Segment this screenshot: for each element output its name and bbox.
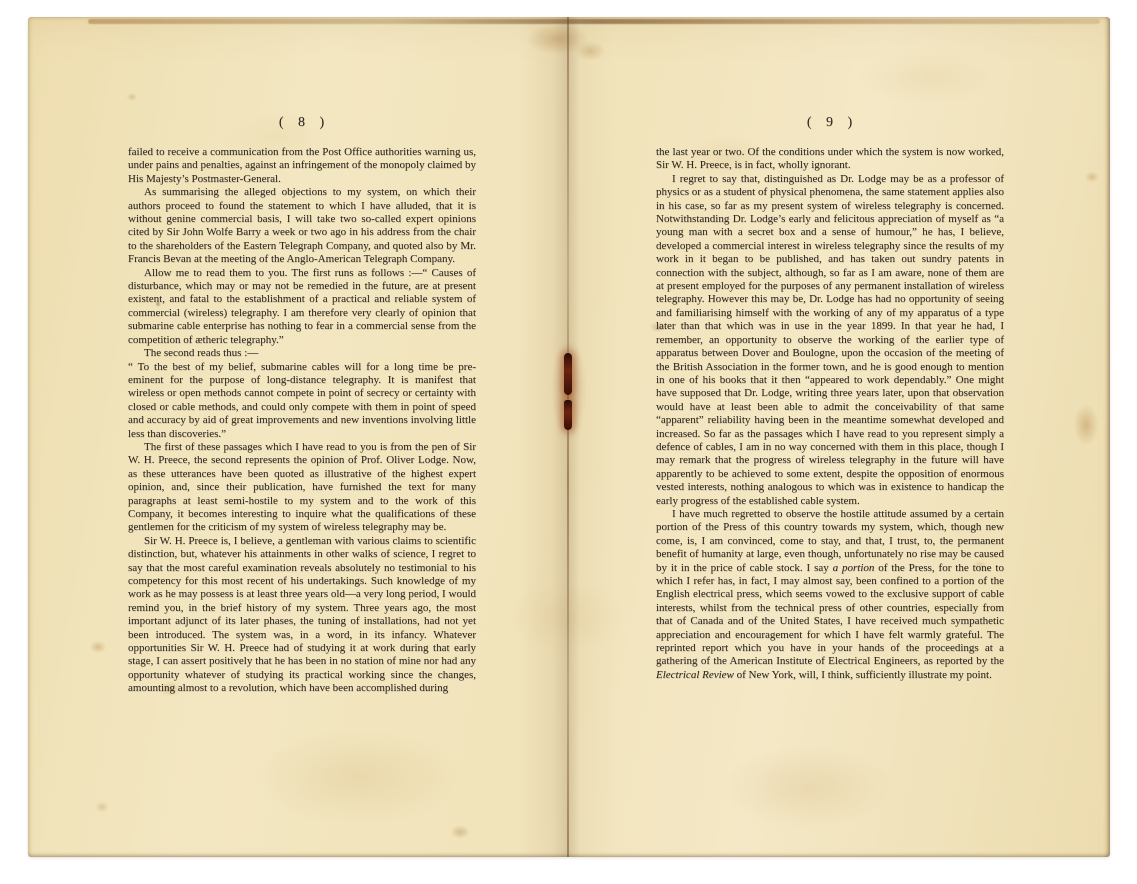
staple [564, 353, 572, 395]
paragraph: I regret to say that, distinguished as D… [656, 173, 1004, 508]
paragraph: failed to receive a communication from t… [128, 146, 476, 186]
page-number: ( 8 ) [128, 115, 476, 131]
paragraph: As summarising the alleged objections to… [128, 186, 476, 266]
paragraph: The second reads thus :— [128, 347, 476, 360]
paragraph: the last year or two. Of the conditions … [656, 146, 1004, 173]
page-9-text: the last year or two. Of the conditions … [656, 146, 1004, 682]
page-number: ( 9 ) [656, 115, 1004, 131]
document-scan: ( 8 ) failed to receive a communication … [28, 17, 1110, 857]
paragraph: Sir W. H. Preece is, I believe, a gentle… [128, 535, 476, 696]
staple [564, 400, 572, 430]
page-9: ( 9 ) the last year or two. Of the condi… [656, 115, 1004, 682]
paragraph: The first of these passages which I have… [128, 441, 476, 535]
paragraph: “ To the best of my belief, submarine ca… [128, 361, 476, 441]
paragraph: I have much regretted to observe the hos… [656, 508, 1004, 682]
page-8: ( 8 ) failed to receive a communication … [128, 115, 476, 696]
page-8-text: failed to receive a communication from t… [128, 146, 476, 696]
scan-canvas: ( 8 ) failed to receive a communication … [0, 0, 1137, 884]
paragraph: Allow me to read them to you. The first … [128, 267, 476, 347]
centre-fold-crease [567, 17, 569, 857]
